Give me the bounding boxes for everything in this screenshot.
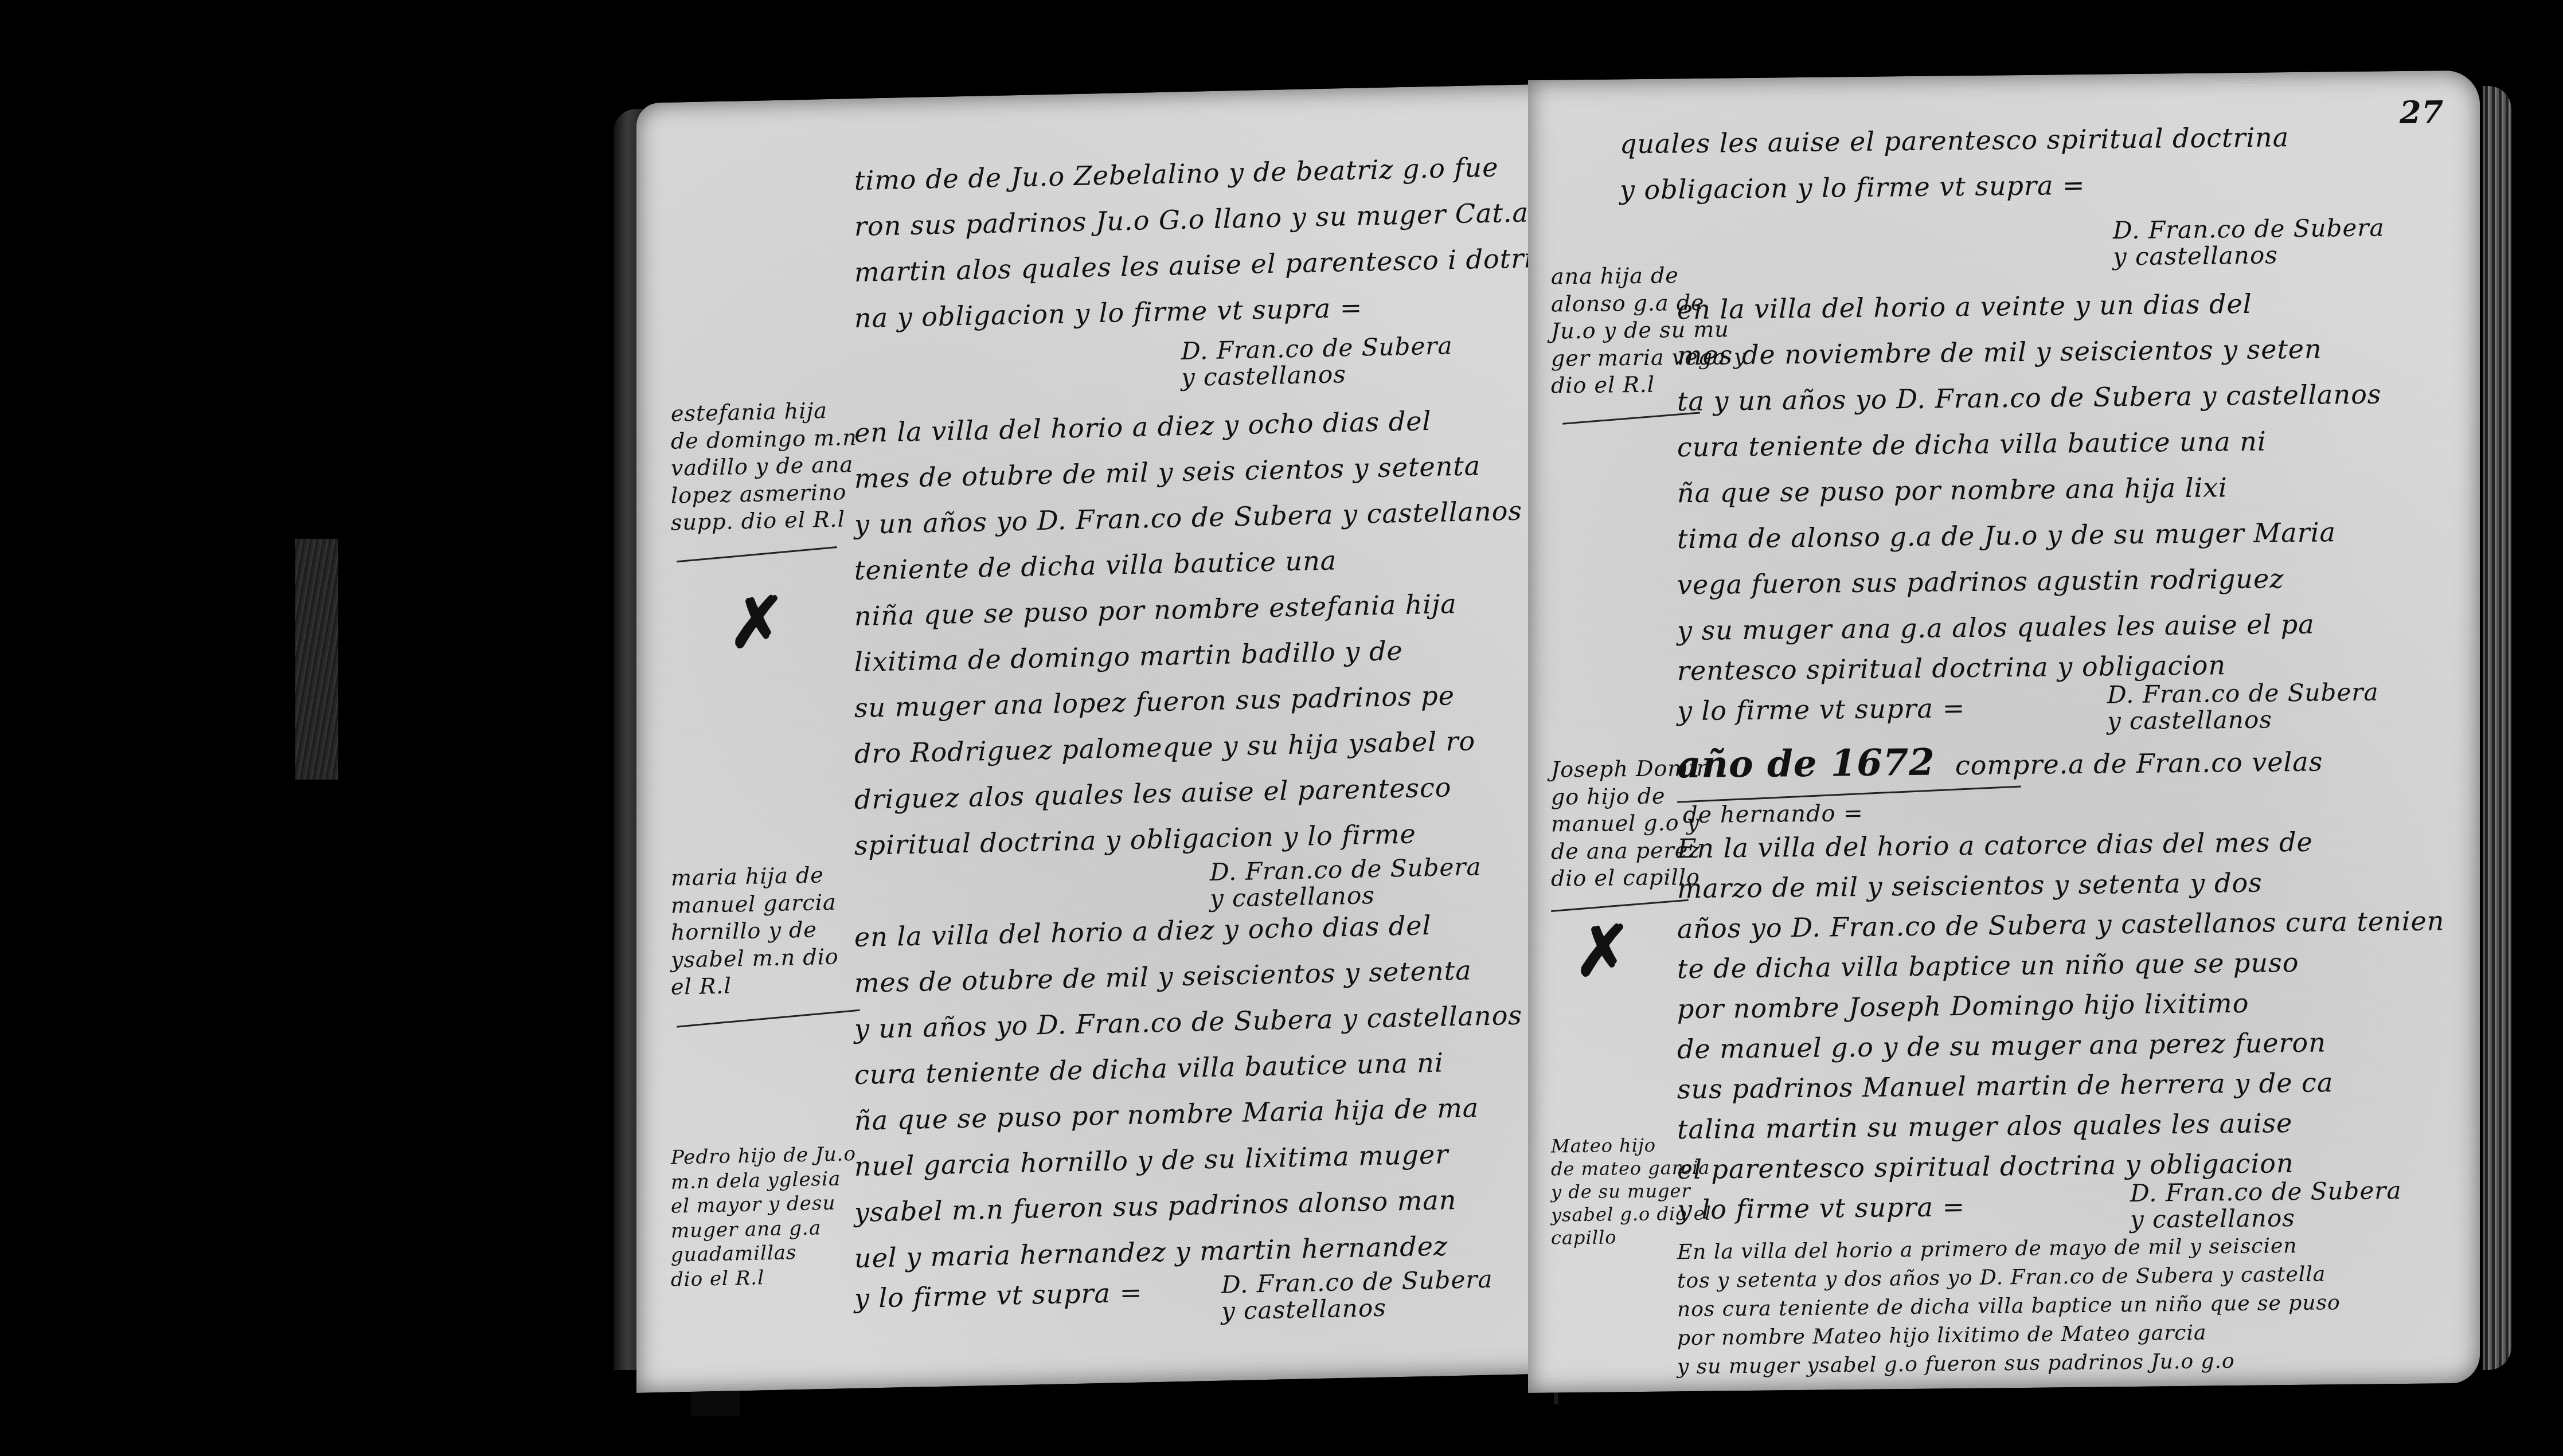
text-line: y lo firme vt supra = — [1677, 1193, 1965, 1223]
text-line: y un años yo D. Fran.co de Subera y cast… — [854, 496, 1565, 538]
text-line: marzo de mil y seiscientos y setenta y d… — [1677, 870, 2263, 902]
text-line: por nombre Joseph Domingo hijo lixitimo — [1677, 990, 2249, 1022]
text-line: nuel garcia hornillo y de su lixitima mu… — [854, 1141, 1448, 1180]
text-line: sus padrinos Manuel martin de herrera y … — [1677, 1069, 2333, 1102]
priest-signature: D. Fran.co de Subera y castellanos — [1181, 332, 1452, 391]
text-line: ta y un años yo D. Fran.co de Subera y c… — [1677, 381, 2381, 414]
text-line: ron sus padrinos Ju.o G.o llano y su mug… — [854, 199, 1529, 240]
text-line: en la villa del horio a diez y ocho dias… — [854, 912, 1431, 950]
text-line: talina martin su muger alos quales les a… — [1677, 1110, 2292, 1142]
cross-mark-icon: ✗ — [1574, 910, 1632, 992]
right-page: 27 quales les auise el parentesco spirit… — [1528, 71, 2480, 1393]
text-line: tima de alonso g.a de Ju.o y de su muger… — [1677, 519, 2336, 552]
text-line: el parentesco spiritual doctrina y oblig… — [1677, 1150, 2294, 1183]
text-line: años yo D. Fran.co de Subera y castellan… — [1677, 907, 2444, 942]
priest-signature: D. Fran.co de Subera y castellanos — [1221, 1266, 1493, 1325]
text-line: vega fueron sus padrinos agustin rodrigu… — [1677, 565, 2284, 598]
text-line: rentesco spiritual doctrina y obligacion — [1677, 652, 2226, 684]
cross-mark-icon: ✗ — [728, 582, 786, 664]
text-line: ña que se puso por nombre Maria hija de … — [854, 1094, 1479, 1134]
margin-rule — [677, 1009, 859, 1028]
text-line: cura teniente de dicha villa bautice una… — [1677, 428, 2267, 461]
priest-signature: D. Fran.co de Subera y castellanos — [2113, 214, 2384, 270]
image-viewer-canvas: timo de de Ju.o Zebelalino y de beatriz … — [0, 0, 2563, 1456]
year-heading-detail: compre.a de Fran.co velas — [1955, 746, 2323, 781]
text-line: martin alos quales les auise el parentes… — [854, 245, 1533, 285]
text-line: en la villa del horio a veinte y un dias… — [1677, 291, 2252, 323]
margin-rule — [677, 546, 837, 562]
text-line: tos y setenta y dos años yo D. Fran.co d… — [1677, 1264, 2326, 1291]
text-line: y obligacion y lo firme vt supra = — [1620, 172, 2085, 203]
previous-page-edge-strip — [295, 539, 338, 780]
text-line: dro Rodriguez palomeque y su hija ysabel… — [854, 727, 1475, 767]
margin-note: Mateo hijo de mateo garcia y de su muger… — [1551, 1133, 1712, 1250]
open-register-book: timo de de Ju.o Zebelalino y de beatriz … — [614, 63, 2466, 1416]
text-line: y su muger ysabel g.o fueron sus padrino… — [1677, 1351, 2235, 1377]
left-page: timo de de Ju.o Zebelalino y de beatriz … — [636, 84, 1565, 1393]
text-line: ysabel m.n fueron sus padrinos alonso ma… — [854, 1187, 1456, 1226]
priest-signature: D. Fran.co de Subera y castellanos — [2107, 679, 2378, 734]
text-line: su muger ana lopez fueron sus padrinos p… — [854, 682, 1455, 721]
text-line: quales les auise el parentesco spiritual… — [1620, 124, 2289, 157]
text-line: na y obligacion y lo firme vt supra = — [854, 294, 1362, 331]
text-line: ña que se puso por nombre ana hija lixi — [1677, 474, 2228, 506]
text-line: mes de otubre de mil y seis cientos y se… — [854, 452, 1480, 492]
text-line: En la villa del horio a catorce dias del… — [1677, 829, 2313, 862]
text-line: y lo firme vt supra = — [1677, 695, 1965, 724]
text-line: te de dicha villa baptice un niño que se… — [1677, 949, 2299, 982]
text-line: y su muger ana g.a alos quales les auise… — [1677, 611, 2315, 644]
text-line: en la villa del horio a diez y ocho dias… — [854, 408, 1431, 446]
text-line: mes de otubre de mil y seiscientos y set… — [854, 957, 1472, 996]
year-heading-row: año de 1672 compre.a de Fran.co velas — [1677, 737, 2323, 786]
margin-note: Joseph Domin go hijo de manuel g.o y de … — [1551, 755, 1711, 893]
text-line: de manuel g.o y de su muger ana perez fu… — [1677, 1029, 2326, 1062]
text-line: spiritual doctrina y obligacion y lo fir… — [854, 821, 1416, 859]
text-line: por nombre Mateo hijo lixitimo de Mateo … — [1677, 1323, 2207, 1349]
margin-note: ana hija de alonso g.a de Ju.o y de su m… — [1551, 261, 1747, 400]
text-line: y un años yo D. Fran.co de Subera y cast… — [854, 1002, 1522, 1042]
text-line: nos cura teniente de dicha villa baptice… — [1677, 1293, 2341, 1320]
text-line: mes de noviembre de mil y seiscientos y … — [1677, 335, 2322, 369]
margin-note: estefania hija de domingo m.n vadillo y … — [671, 397, 857, 537]
text-line: cura teniente de dicha villa bautice una… — [854, 1050, 1444, 1089]
text-line: driguez alos quales les auise el parente… — [854, 774, 1451, 813]
text-line: lixitima de domingo martin badillo y de — [854, 637, 1403, 675]
text-line: timo de de Ju.o Zebelalino y de beatriz … — [854, 154, 1498, 194]
folio-number: 27 — [2400, 93, 2444, 131]
margin-note: Pedro hijo de Ju.o m.n dela yglesia el m… — [671, 1142, 856, 1292]
text-line: uel y maria hernandez y martin hernandez — [854, 1232, 1448, 1271]
year-heading: año de 1672 — [1677, 741, 1935, 787]
text-line: En la villa del horio a primero de mayo … — [1677, 1236, 2298, 1263]
text-line: y lo firme vt supra = — [854, 1279, 1142, 1312]
page-edge-stack — [2483, 86, 2511, 1370]
text-line: niña que se puso por nombre estefania hi… — [854, 590, 1457, 629]
margin-note: maria hija de manuel garcia hornillo y d… — [671, 862, 839, 1001]
text-line: teniente de dicha villa bautice una — [854, 547, 1337, 584]
priest-signature: D. Fran.co de Subera y castellanos — [2130, 1177, 2401, 1233]
priest-signature: D. Fran.co de Subera y castellanos — [1210, 854, 1481, 912]
